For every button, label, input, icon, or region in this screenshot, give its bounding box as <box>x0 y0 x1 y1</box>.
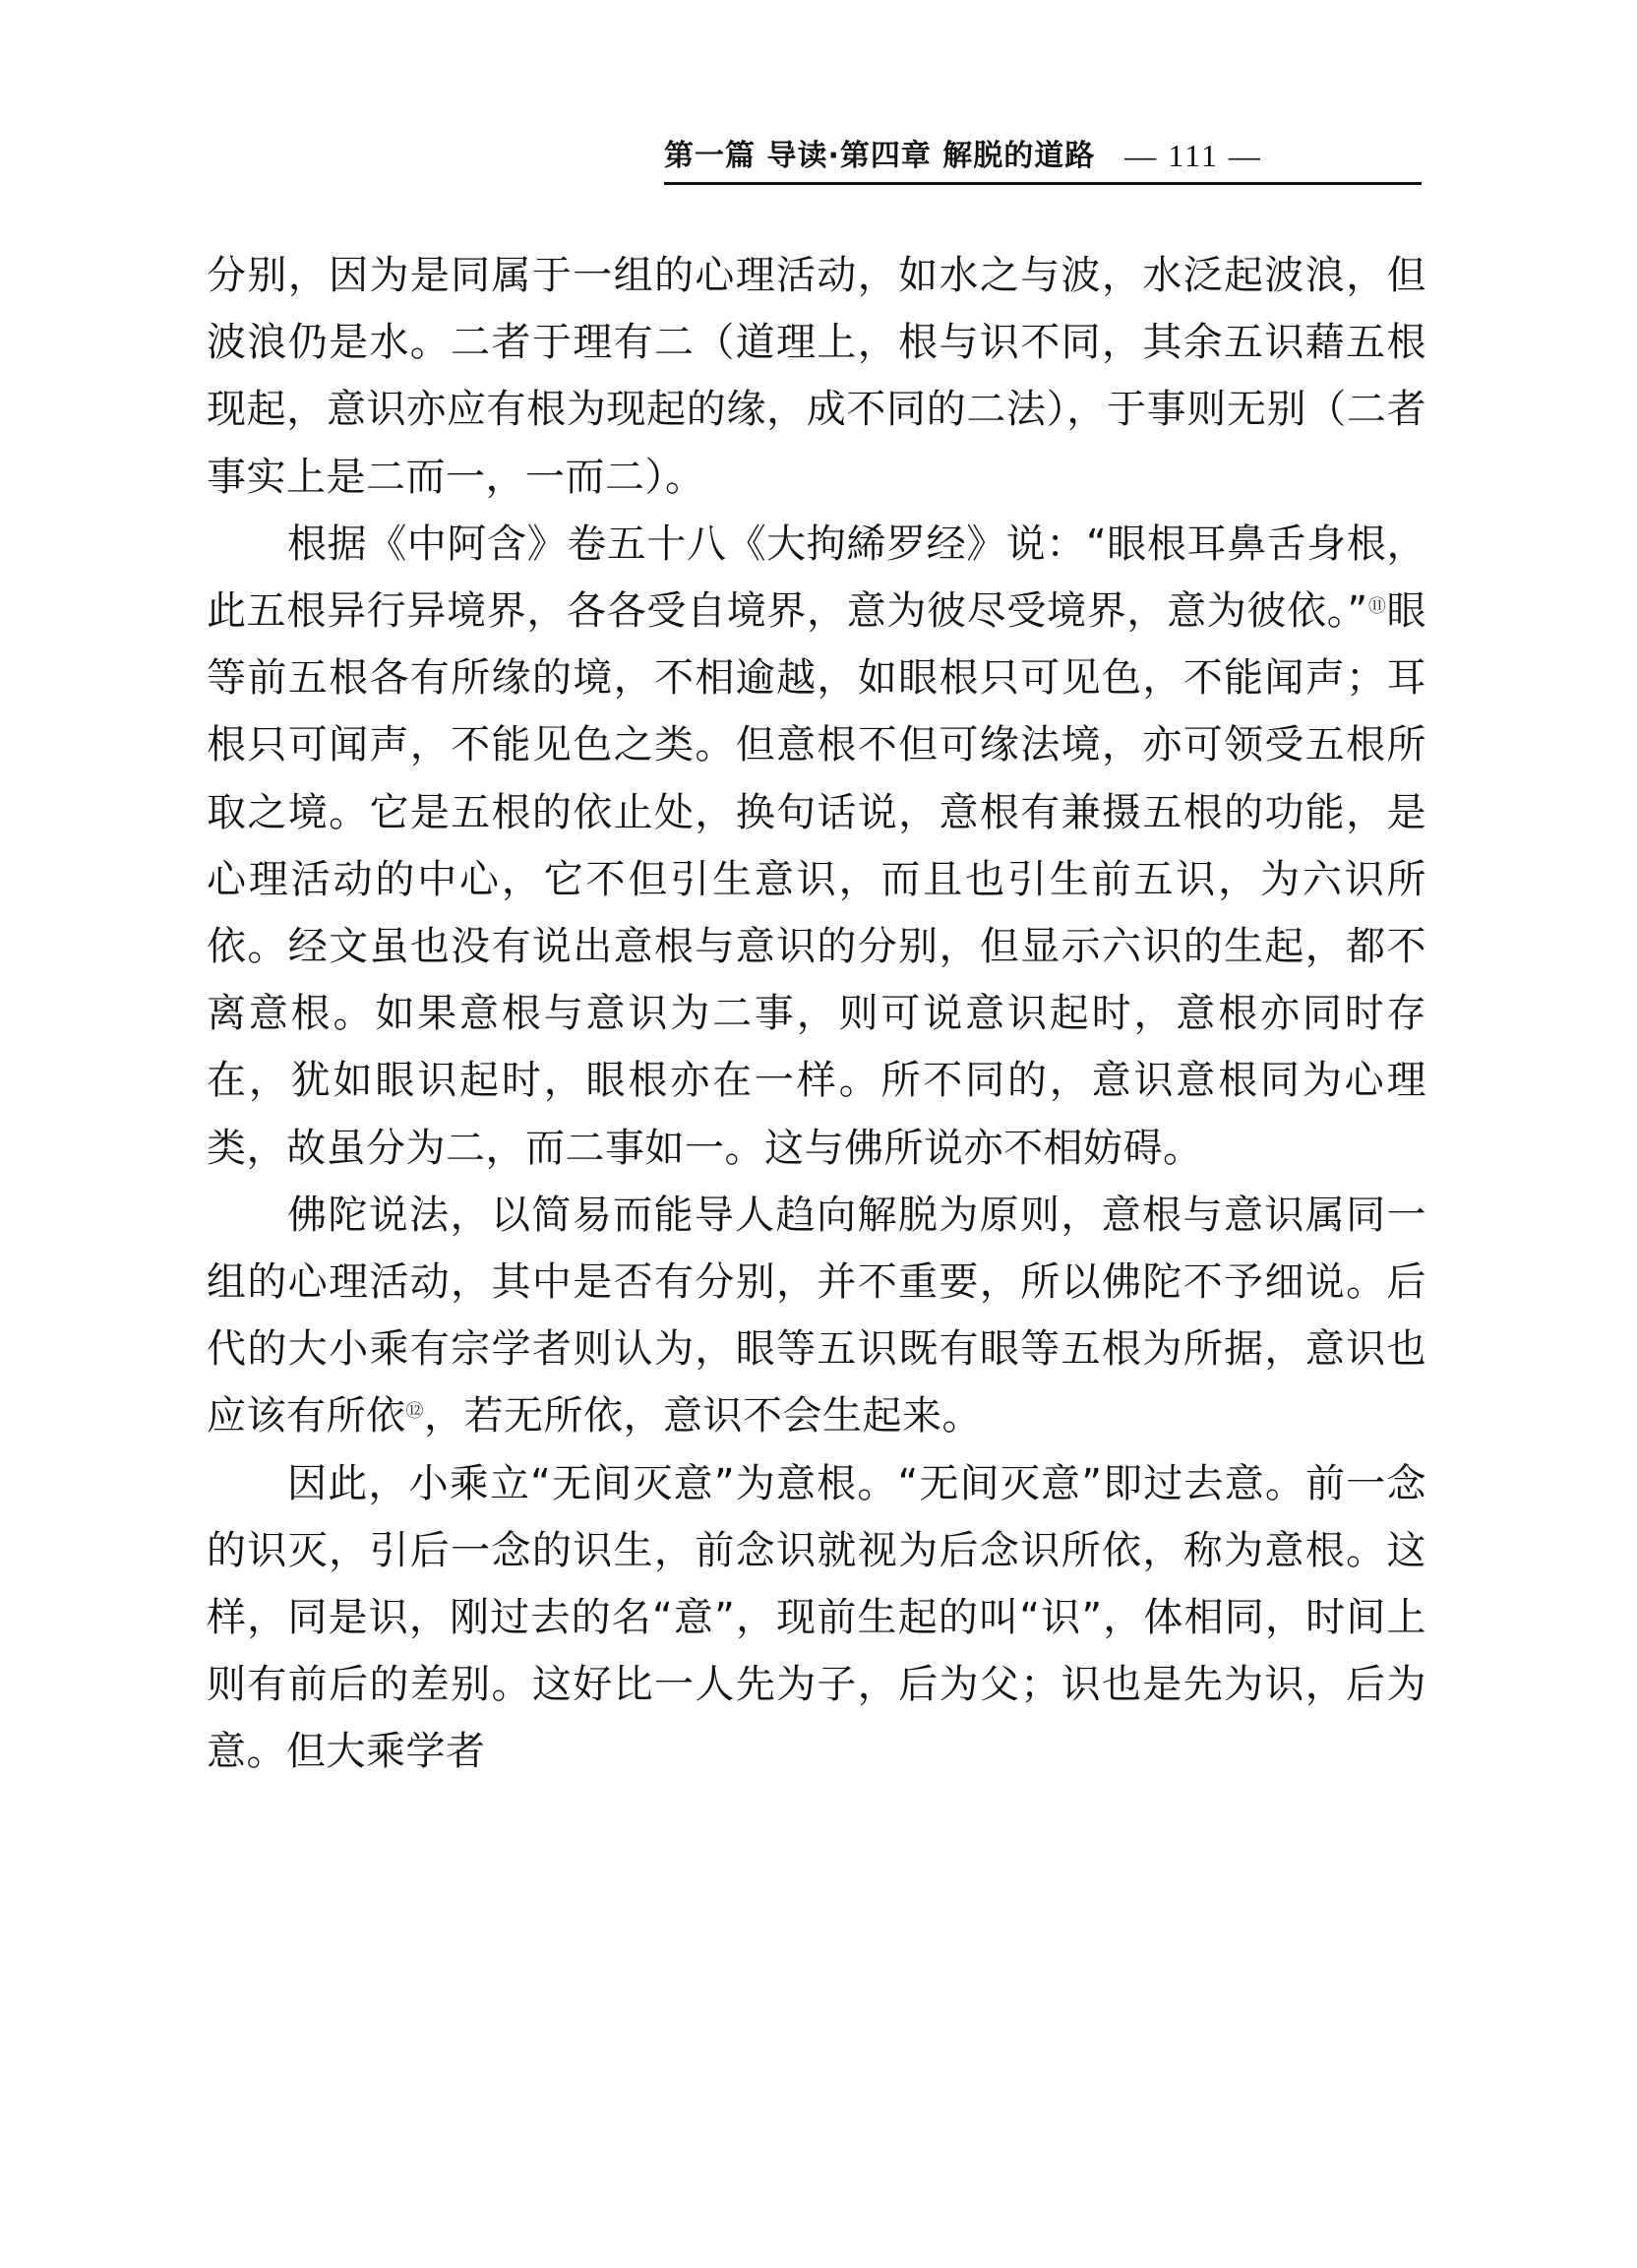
paragraph-2-text-b: 眼等前五根各有所缘的境，不相逾越，如眼根只可见色，不能闻声；耳根只可闻声，不能见… <box>207 588 1426 1171</box>
running-header: 第一篇 导读·第四章 解脱的道路 — 111 — <box>664 134 1422 185</box>
paragraph-3: 佛陀说法，以简易而能导人趋向解脱为原则，意根与意识属同一组的心理活动，其中是否有… <box>207 1182 1426 1450</box>
paragraph-4: 因此，小乘立“无间灭意”为意根。“无间灭意”即过去意。前一念的识灭，引后一念的识… <box>207 1450 1426 1786</box>
page-number: — 111 — <box>1124 138 1262 174</box>
paragraph-2: 根据《中阿含》卷五十八《大拘絺罗经》说：“眼根耳鼻舌身根，此五根异行异境界，各各… <box>207 511 1426 1182</box>
body-text: 分别，因为是同属于一组的心理活动，如水之与波，水泛起波浪，但波浪仍是水。二者于理… <box>207 242 1426 1786</box>
chapter-title: 第一篇 导读·第四章 解脱的道路 <box>664 131 1095 174</box>
paragraph-1: 分别，因为是同属于一组的心理活动，如水之与波，水泛起波浪，但波浪仍是水。二者于理… <box>207 242 1426 511</box>
paragraph-2-text-a: 根据《中阿含》卷五十八《大拘絺罗经》说：“眼根耳鼻舌身根，此五根异行异境界，各各… <box>207 521 1426 634</box>
footnote-marker-11[interactable]: ⑪ <box>1368 596 1387 617</box>
footnote-marker-12[interactable]: ⑫ <box>406 1401 425 1422</box>
paragraph-3-text-b: ，若无所依，意识不会生起来。 <box>424 1393 982 1439</box>
